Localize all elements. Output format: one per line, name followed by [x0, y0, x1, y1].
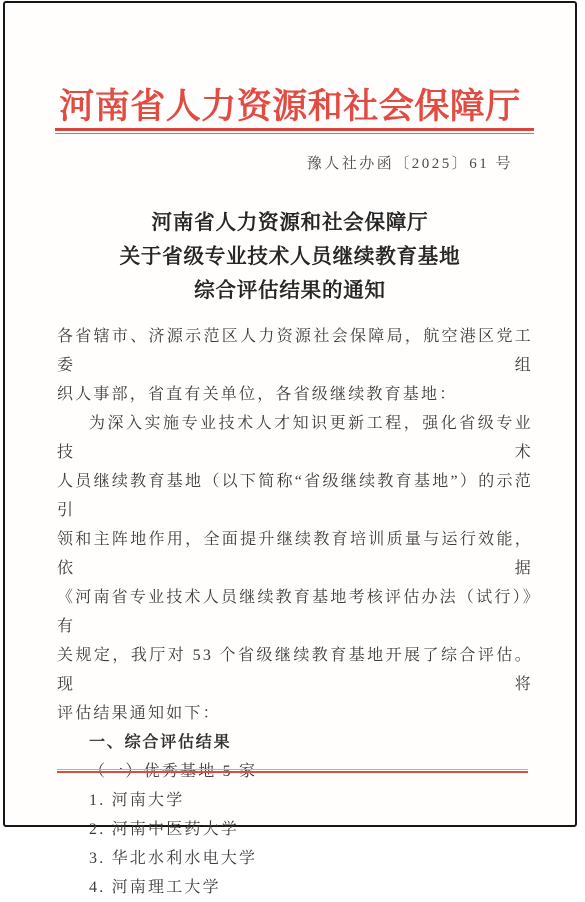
body-line-salutation: 各省辖市、济源示范区人力资源社会保障局，航空港区党工委组 — [57, 322, 533, 380]
section-heading: 一、综合评估结果 — [57, 728, 533, 757]
body-line-paragraph: 关规定，我厅对 53 个省级继续教育基地开展了综合评估。现将 — [57, 641, 533, 699]
doc-number: 豫人社办函〔2025〕61 号 — [307, 152, 513, 173]
title-line-3: 综合评估结果的通知 — [5, 274, 575, 308]
document-body: 各省辖市、济源示范区人力资源社会保障局，航空港区党工委组 织人事部，省直有关单位… — [57, 322, 533, 833]
document-title: 河南省人力资源和社会保障厅 关于省级专业技术人员继续教育基地 综合评估结果的通知 — [5, 206, 575, 308]
body-line-paragraph: 人员继续教育基地（以下简称“省级继续教育基地”）的示范引 — [57, 467, 533, 525]
letterhead-divider-thick-line — [55, 128, 534, 131]
footer-divider-thin-line — [57, 769, 528, 770]
body-line-paragraph-end: 评估结果通知如下： — [57, 699, 533, 728]
list-item: 1. 河南大学 — [57, 786, 533, 815]
body-line-salutation-wrap: 织人事部，省直有关单位，各省级继续教育基地： — [57, 380, 533, 409]
footer-divider — [57, 769, 528, 773]
list-item: 2. 河南中医药大学 — [57, 815, 533, 833]
letterhead-divider-thin-line — [55, 133, 534, 134]
body-line-paragraph: 领和主阵地作用，全面提升继续教育培训质量与运行效能，依据 — [57, 525, 533, 583]
letterhead-org-name: 河南省人力资源和社会保障厅 — [5, 79, 575, 129]
body-line-paragraph: 为深入实施专业技术人才知识更新工程，强化省级专业技术 — [57, 409, 533, 467]
page-frame: 河南省人力资源和社会保障厅 豫人社办函〔2025〕61 号 河南省人力资源和社会… — [3, 1, 577, 827]
body-line-paragraph: 《河南省专业技术人员继续教育基地考核评估办法（试行）》有 — [57, 583, 533, 641]
letterhead-divider — [55, 128, 534, 134]
title-line-1: 河南省人力资源和社会保障厅 — [5, 206, 575, 240]
title-line-2: 关于省级专业技术人员继续教育基地 — [5, 240, 575, 274]
footer-divider-thick-line — [57, 771, 528, 773]
